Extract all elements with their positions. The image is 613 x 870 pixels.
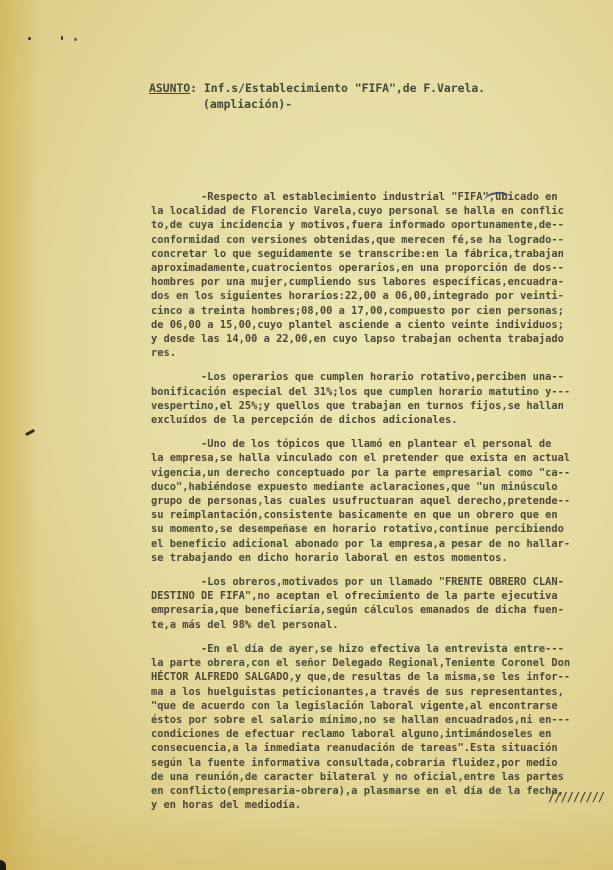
paper-edge-shadow xyxy=(0,0,40,870)
paragraph-establishment: -Respecto al establecimiento industrial … xyxy=(151,190,611,360)
subject-separator: : xyxy=(190,81,204,95)
closing-slashes: ///////// xyxy=(548,790,604,804)
paragraph-bonus: -Los operarios que cumplen horario rotat… xyxy=(151,370,611,427)
paragraph-topics: -Uno de los tópicos que llamó en plantea… xyxy=(151,437,611,565)
punch-speck xyxy=(61,36,63,40)
punch-speck xyxy=(74,38,77,41)
subject-label: ASUNTO xyxy=(149,81,190,95)
punch-speck xyxy=(28,37,31,40)
paragraph-interview: -En el día de ayer,se hizo efectiva la e… xyxy=(151,642,611,812)
document-body: -Respecto al establecimiento industrial … xyxy=(151,190,611,812)
subject-line-1: Inf.s/Establecimiento "FIFA",de F.Varela… xyxy=(204,81,485,95)
document-page: ASUNTO: Inf.s/Establecimiento "FIFA",de … xyxy=(0,0,613,870)
subject-line-2: (ampliación)- xyxy=(149,96,485,112)
paper-bottom-stain xyxy=(0,810,613,870)
paragraph-workers-front: -Los obreros,motivados por un llamado "F… xyxy=(151,575,611,632)
subject-heading: ASUNTO: Inf.s/Establecimiento "FIFA",de … xyxy=(149,80,485,112)
